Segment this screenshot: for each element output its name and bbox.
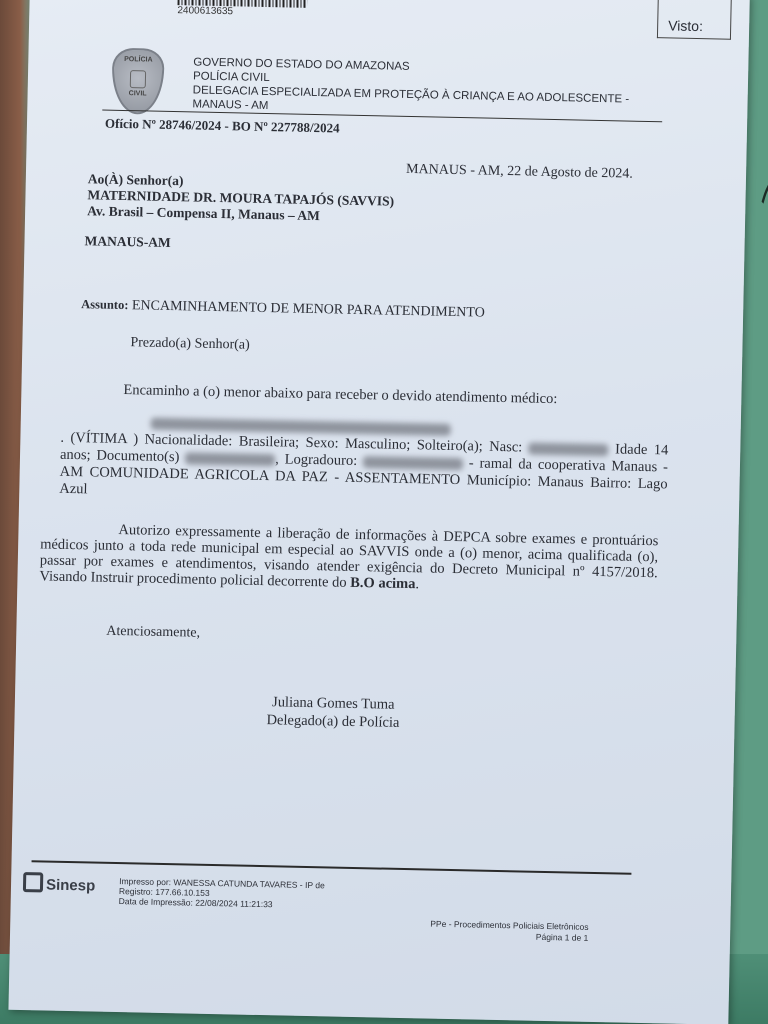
print-info: Impresso por: WANESSA CATUNDA TAVARES - … — [119, 876, 325, 910]
letterhead: GOVERNO DO ESTADO DO AMAZONAS POLÍCIA CI… — [192, 55, 630, 120]
greeting: Prezado(a) Senhor(a) — [130, 335, 250, 353]
police-badge-icon: POLÍCIA CIVIL — [111, 48, 164, 115]
visto-label: Visto: — [668, 17, 703, 34]
sinesp-logo-text: Sinesp — [46, 877, 96, 895]
closing: Atenciosamente, — [106, 624, 200, 642]
signature-block: Juliana Gomes Tuma Delegado(a) de Políci… — [266, 693, 400, 732]
victim-details: . (VÍTIMA ) Nacionalidade: Brasileira; S… — [59, 413, 669, 511]
authorization-bold-ref: B.O acima — [350, 575, 416, 592]
date-line: MANAUS - AM, 22 de Agosto de 2024. — [406, 162, 633, 183]
authorization-period: . — [415, 576, 419, 592]
authorization-paragraph: Autorizo expressamente a liberação de in… — [39, 520, 658, 597]
barcode-number: 2400613635 — [177, 5, 233, 17]
redacted-birthdate — [529, 442, 609, 456]
badge-emblem-icon — [130, 70, 146, 88]
victim-details-part3: , Logradouro: — [275, 451, 357, 469]
subject-line: Assunto: ENCAMINHAMENTO DE MENOR PARA AT… — [81, 297, 485, 321]
badge-bottom-text: CIVIL — [114, 90, 162, 98]
subject-text: ENCAMINHAMENTO DE MENOR PARA ATENDIMENTO — [132, 298, 485, 320]
system-footer: PPe - Procedimentos Policiais Eletrônico… — [430, 919, 589, 944]
letter-paper: 2400613635 Visto: POLÍCIA CIVIL GOVERNO … — [8, 0, 749, 1024]
intro-paragraph: Encaminho a (o) menor abaixo para recebe… — [123, 382, 557, 408]
background-cable — [740, 180, 768, 808]
redacted-document — [185, 452, 275, 466]
visto-box: Visto: — [657, 0, 732, 40]
redacted-address — [363, 456, 463, 470]
authorization-text: Autorizo expressamente a liberação de in… — [39, 522, 658, 591]
badge-top-text: POLÍCIA — [114, 56, 162, 64]
subject-label: Assunto: — [81, 297, 129, 312]
sinesp-logo: Sinesp — [23, 872, 96, 895]
page-number: Página 1 de 1 — [430, 930, 588, 944]
addressee-city: MANAUS-AM — [84, 233, 171, 251]
footer-divider — [32, 860, 632, 875]
sinesp-logo-icon — [23, 872, 43, 892]
addressee-block: Ao(À) Senhor(a) MATERNIDADE DR. MOURA TA… — [87, 171, 395, 225]
oficio-number: Ofício Nº 28746/2024 - BO Nº 227788/2024 — [105, 116, 340, 137]
signer-title: Delegado(a) de Polícia — [266, 711, 399, 732]
